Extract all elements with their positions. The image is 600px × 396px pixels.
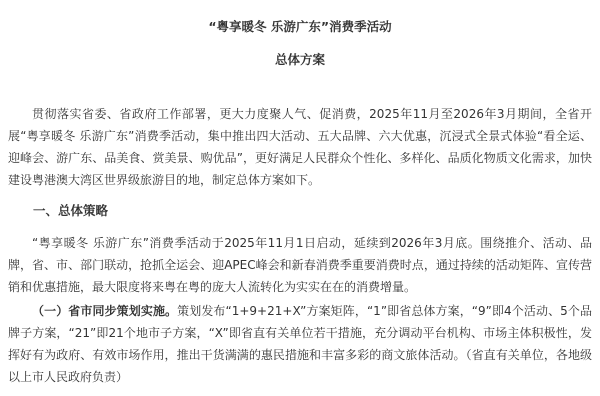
doc-subtitle: 总体方案: [8, 49, 592, 71]
doc-title: “粤享暖冬 乐游广东”消费季活动: [8, 16, 592, 38]
paragraph-item-1-lead: （一）省市同步策划实施。: [32, 304, 177, 318]
paragraph-intro: 贯彻落实省委、省政府工作部署，更大力度聚人气、促消费，2025年11月至2026…: [8, 103, 592, 191]
section-heading-overall-strategy: 一、总体策略: [8, 200, 592, 222]
paragraph-strategy: “粤享暖冬 乐游广东”消费季活动于2025年11月1日启动，延续到2026年3月…: [8, 232, 592, 298]
paragraph-item-1: （一）省市同步策划实施。策划发布“1+9+21+X”方案矩阵，“1”即省总体方案…: [8, 300, 592, 388]
document-page: “粤享暖冬 乐游广东”消费季活动 总体方案 贯彻落实省委、省政府工作部署，更大力…: [0, 0, 600, 396]
